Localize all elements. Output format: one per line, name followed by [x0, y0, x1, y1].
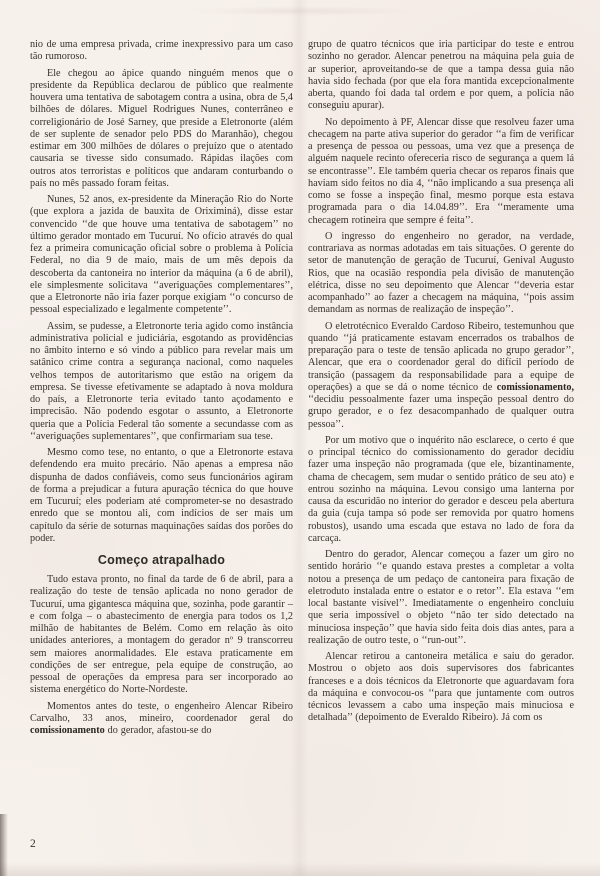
scan-edge-shadow [0, 814, 8, 876]
section-heading: Começo atrapalhado [30, 553, 293, 567]
paragraph: Nunes, 52 anos, ex-presidente da Mineraç… [30, 194, 293, 317]
paragraph: Por um motivo que o inquérito não esclar… [308, 435, 574, 545]
paragraph: Dentro do gerador, Alencar começou a faz… [308, 549, 574, 647]
paragraph: Momentos antes do teste, o engenheiro Al… [30, 701, 293, 738]
right-column: grupo de quatro técnicos que iria partic… [308, 39, 574, 741]
paragraph: O ingresso do engenheiro no gerador, na … [308, 231, 574, 317]
paragraph: O eletrotécnico Everaldo Cardoso Ribeiro… [308, 321, 574, 431]
paragraph: No depoimento à PF, Alencar disse que re… [308, 117, 574, 227]
paragraph: Tudo estava pronto, no final da tarde de… [30, 574, 293, 697]
paragraph: Alencar retirou a cantoneira metálica e … [308, 651, 574, 725]
paragraph: Assim, se pudesse, a Eletronorte teria a… [30, 321, 293, 444]
paragraph: grupo de quatro técnicos que iria partic… [308, 39, 574, 113]
page-number: 2 [30, 838, 36, 850]
scanned-document-page: nio de uma empresa privada, crime inexpr… [0, 0, 600, 876]
paragraph: Mesmo como tese, no entanto, o que a Ele… [30, 447, 293, 545]
left-column: nio de uma empresa privada, crime inexpr… [30, 39, 293, 741]
text-columns: nio de uma empresa privada, crime inexpr… [0, 0, 600, 741]
paragraph: nio de uma empresa privada, crime inexpr… [30, 39, 293, 64]
paragraph: Ele chegou ao ápice quando ninguém menos… [30, 68, 293, 191]
